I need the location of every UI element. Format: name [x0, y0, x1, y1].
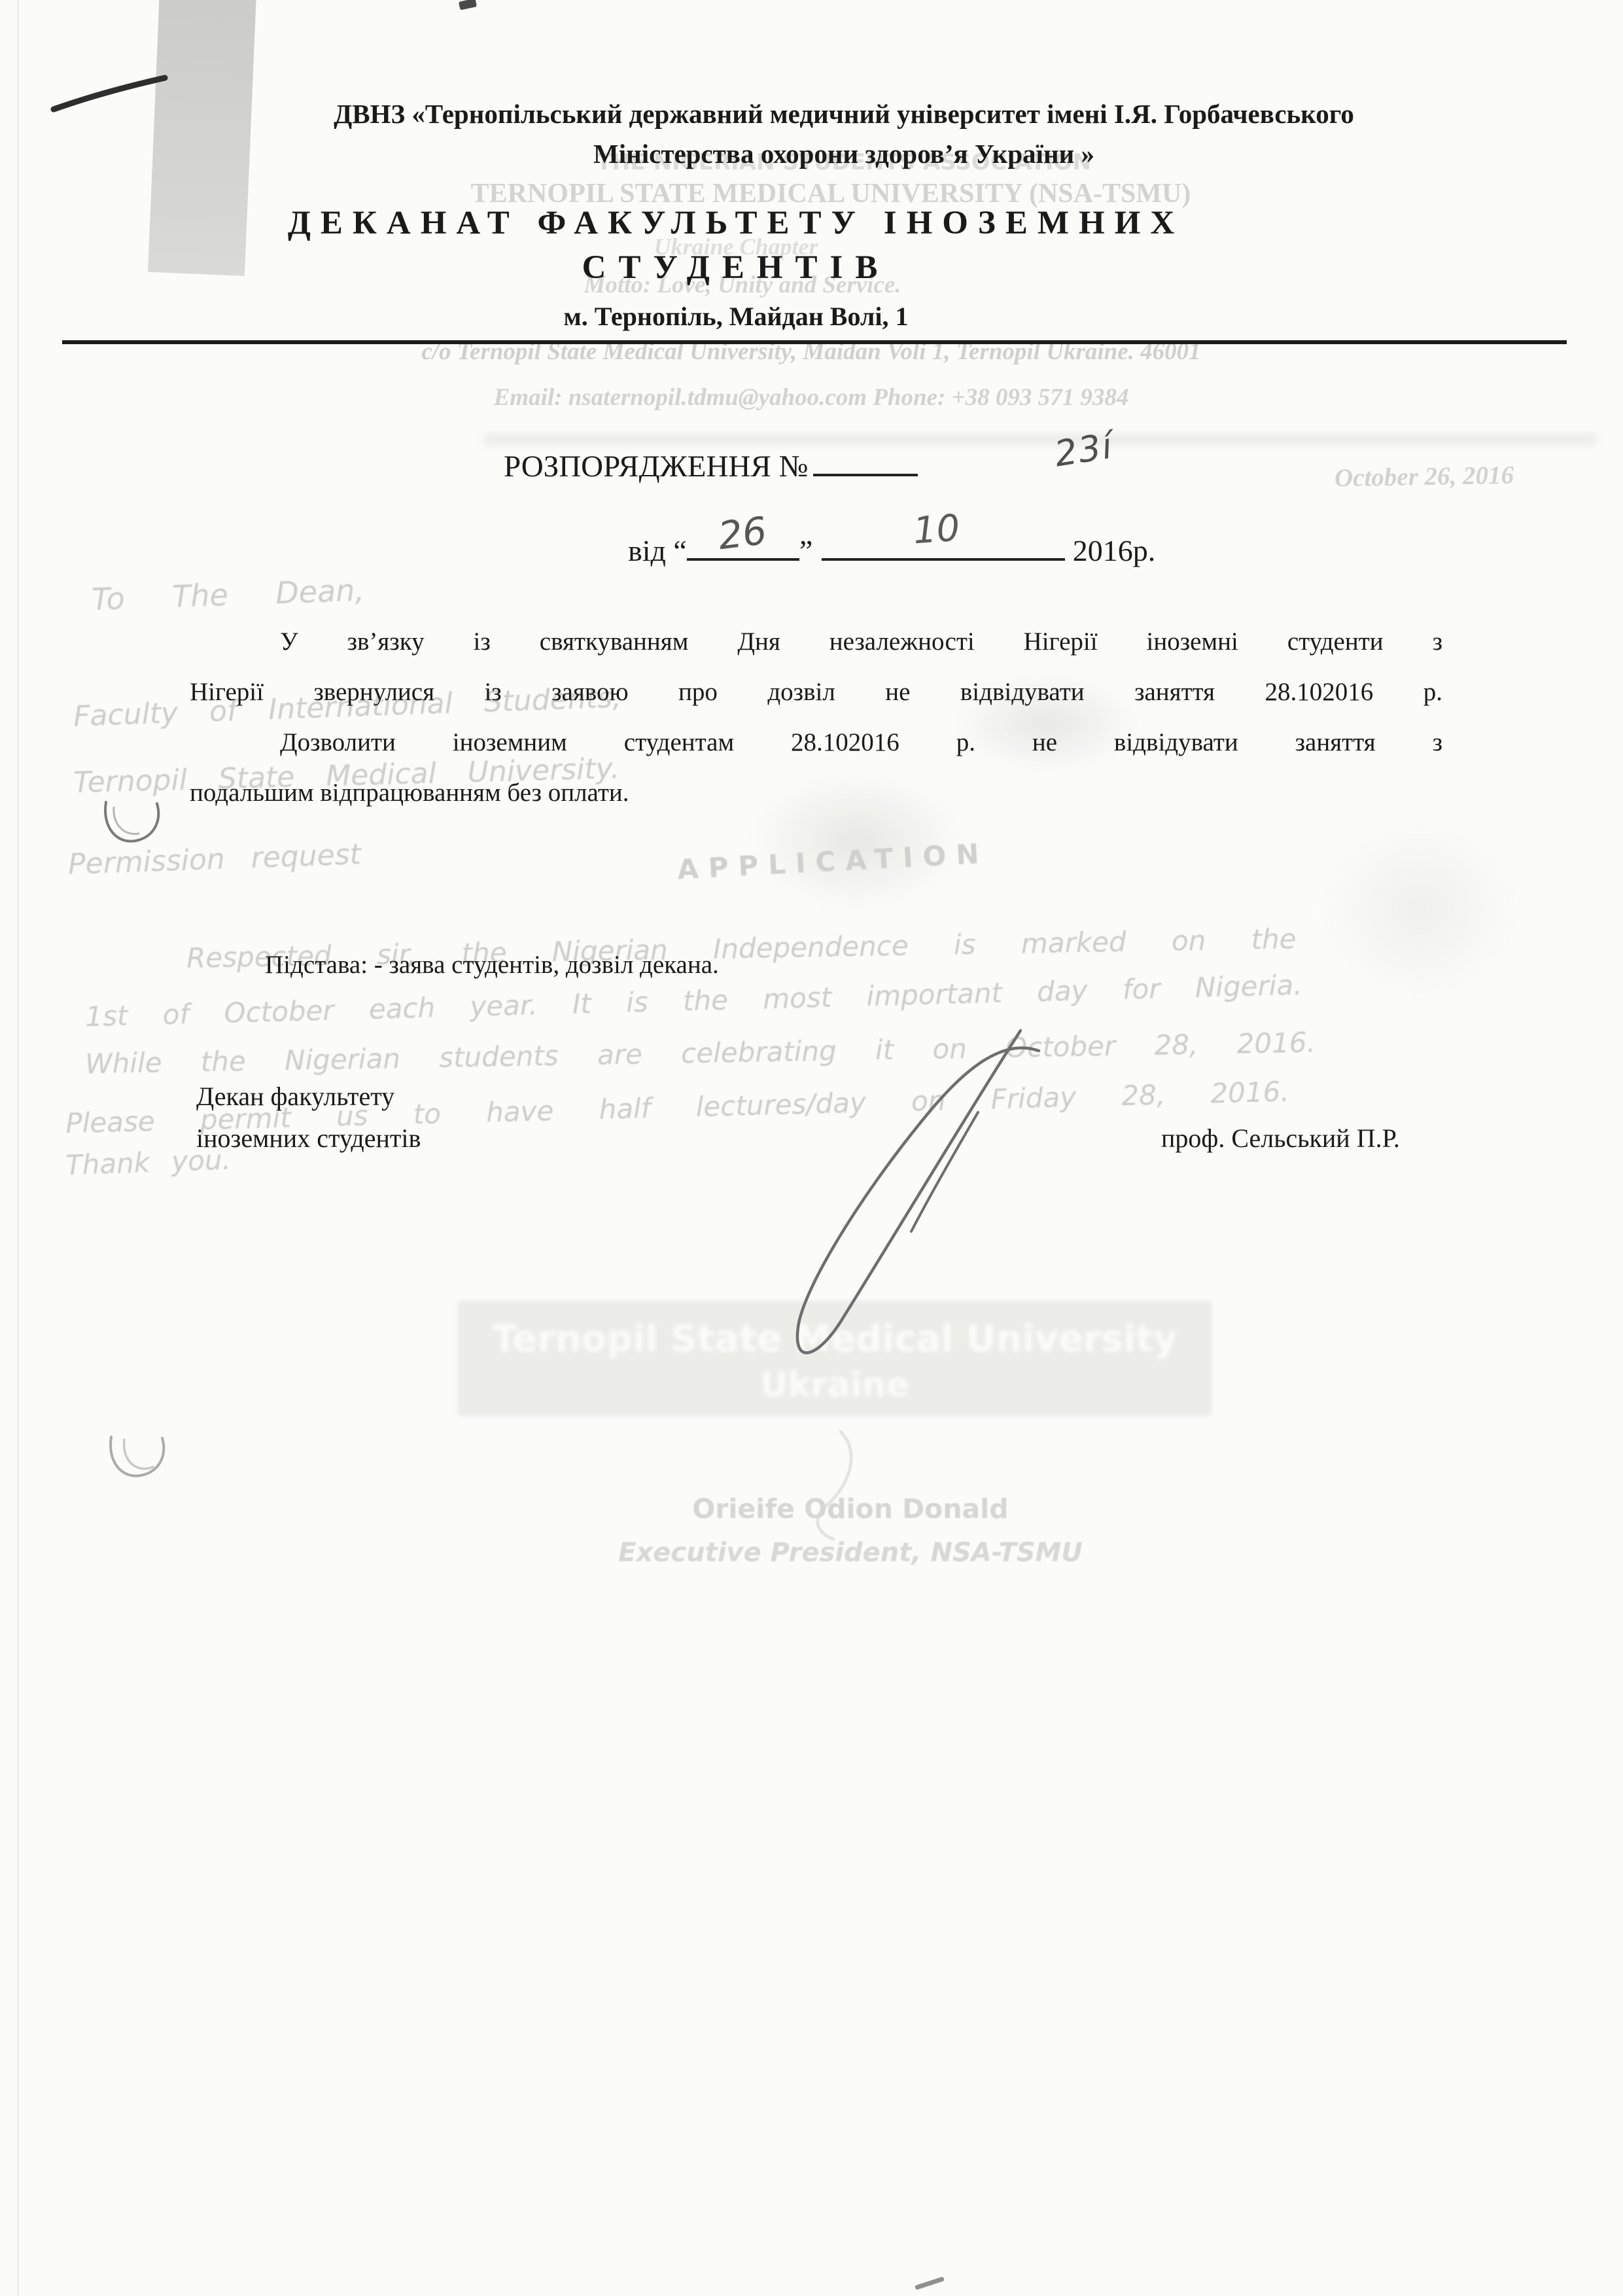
- order-body: У зв’язку із святкуванням Дня незалежнос…: [190, 616, 1442, 818]
- pen-stroke-top-left: [46, 69, 177, 121]
- scan-streak: [484, 433, 1596, 446]
- order-number-handwritten: 23í: [1052, 425, 1116, 474]
- dean-signature: [739, 1008, 1079, 1374]
- org-name-line2: Міністерства охорони здоров’я України »: [131, 138, 1557, 169]
- bleedthrough-president-name: Orieife Odion Donald: [654, 1493, 1047, 1525]
- margin-pen-mark-lower: [105, 1428, 177, 1490]
- dean-role-line2: іноземних студентів: [196, 1123, 421, 1154]
- body-line: У зв’язку із святкуванням Дня незалежнос…: [190, 616, 1442, 667]
- date-day-blank-line: 26: [687, 558, 799, 561]
- order-title-row: РОЗПОРЯДЖЕННЯ №: [504, 449, 918, 484]
- body-line: Нігерії звернулися із заявою про дозвіл …: [190, 667, 1442, 717]
- bleedthrough-date-en: October 26, 2016: [1335, 461, 1514, 493]
- bleedthrough-president-title: Executive President, NSA-TSMU: [589, 1538, 1112, 1568]
- date-row: від “26”10 2016р.: [628, 533, 1155, 568]
- page-edge-line: [17, 0, 19, 2296]
- basis-line: Підстава: - заява студентів, дозвіл дека…: [265, 950, 719, 980]
- header-rule: [62, 340, 1567, 344]
- date-quote-close: ”: [799, 534, 812, 567]
- date-month-blank-line: 10: [822, 558, 1065, 561]
- date-day-handwritten: 26: [716, 508, 769, 558]
- margin-pen-mark-upper: [99, 793, 171, 855]
- top-edge-ink-mark: [459, 0, 477, 10]
- bleedthrough-contact-line: Email: nsaternopil.tdmu@yahoo.com Phone:…: [92, 383, 1531, 412]
- date-month-handwritten: 10: [912, 507, 962, 553]
- dean-role-line1: Декан факультету: [196, 1081, 394, 1112]
- bottom-pen-dash: [915, 2276, 945, 2290]
- order-number-blank-line: [813, 474, 918, 476]
- order-title-label: РОЗПОРЯДЖЕННЯ №: [504, 450, 808, 484]
- bleedthrough-body-line3: While the Nigerian students are celebrat…: [85, 1027, 1316, 1080]
- bleedthrough-smudge: [1321, 818, 1518, 1001]
- org-name-line1: ДВНЗ «Тернопільський державний медичний …: [131, 98, 1557, 130]
- date-from-label: від “: [628, 534, 687, 567]
- department-title-line2: СТУДЕНТІВ: [33, 249, 1439, 287]
- body-line: Дозволити іноземним студентам 28.102016 …: [190, 717, 1442, 768]
- address-line: м. Тернопіль, Майдан Волі, 1: [33, 301, 1439, 332]
- body-line: подальшим відпрацюванням без оплати.: [190, 768, 1442, 818]
- department-title-line1: ДЕКАНАТ ФАКУЛЬТЕТУ ІНОЗЕМНИХ: [33, 204, 1439, 242]
- scanned-document-page: THE NIGERIAN STUDENTS ASSOCIATION TERNOP…: [0, 0, 1623, 2296]
- bleedthrough-to-line1: To The Dean,: [91, 573, 365, 618]
- dean-name: проф. Сельський П.Р.: [1161, 1123, 1400, 1154]
- bleedthrough-signature-squiggle: [785, 1426, 896, 1551]
- date-year-label: 2016р.: [1073, 534, 1156, 567]
